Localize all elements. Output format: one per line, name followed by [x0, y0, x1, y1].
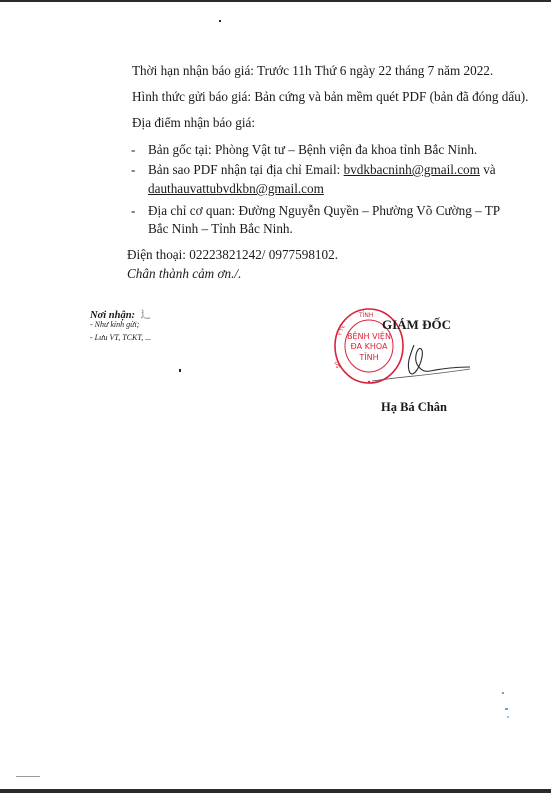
scan-speck	[219, 20, 221, 22]
phone-line: Điện thoại: 02223821242/ 0977598102.	[127, 247, 338, 263]
original-location-line: Bản gốc tại: Phòng Vật tư – Bệnh viện đa…	[148, 142, 477, 158]
signatory-name: Hạ Bá Chân	[381, 400, 447, 415]
email-link-primary[interactable]: bvdkbacninh@gmail.com	[344, 162, 480, 177]
address-line-1: Địa chỉ cơ quan: Đường Nguyễn Quyền – Ph…	[148, 203, 500, 219]
thanks-line: Chân thành cảm ơn./.	[127, 266, 241, 282]
email-copy-and: và	[483, 162, 495, 177]
recipient-item: - Như kính gửi;	[90, 320, 139, 329]
location-heading: Địa điểm nhận báo giá:	[132, 115, 255, 131]
email-copy-line-2: dauthauvattubvdkbn@gmail.com	[148, 181, 324, 197]
bullet-dash: -	[131, 203, 135, 219]
scan-mark	[16, 776, 40, 777]
initial-mark-icon: ⻌	[141, 306, 151, 321]
bottom-frame-bar	[0, 789, 551, 793]
email-copy-prefix: Bản sao PDF nhận tại địa chỉ Email:	[148, 162, 340, 177]
svg-text:TỈNH: TỈNH	[358, 311, 373, 319]
signature-title: GIÁM ĐỐC	[382, 317, 451, 333]
scan-speck	[502, 692, 504, 694]
deadline-line: Thời hạn nhận báo giá: Trước 11h Thứ 6 n…	[132, 63, 493, 79]
submission-method-line: Hình thức gửi báo giá: Bản cứng và bản m…	[132, 89, 528, 105]
scan-speck	[505, 708, 508, 710]
handwritten-signature-icon	[370, 337, 475, 387]
email-link-secondary[interactable]: dauthauvattubvdkbn@gmail.com	[148, 181, 324, 196]
email-copy-line: Bản sao PDF nhận tại địa chỉ Email: bvdk…	[148, 162, 496, 178]
address-line-2: Bắc Ninh – Tỉnh Bắc Ninh.	[148, 221, 293, 237]
document-page: Thời hạn nhận báo giá: Trước 11h Thứ 6 n…	[0, 2, 551, 789]
bullet-dash: -	[131, 142, 135, 158]
scan-speck	[179, 369, 181, 372]
svg-text:Y TẾ: Y TẾ	[335, 323, 347, 338]
recipients-title: Nơi nhận: ⻌	[90, 306, 151, 321]
svg-text:SỞ: SỞ	[333, 360, 342, 369]
recipient-item: - Lưu VT, TCKT, ...	[90, 333, 151, 342]
bullet-dash: -	[131, 162, 135, 178]
scan-speck	[507, 716, 509, 718]
